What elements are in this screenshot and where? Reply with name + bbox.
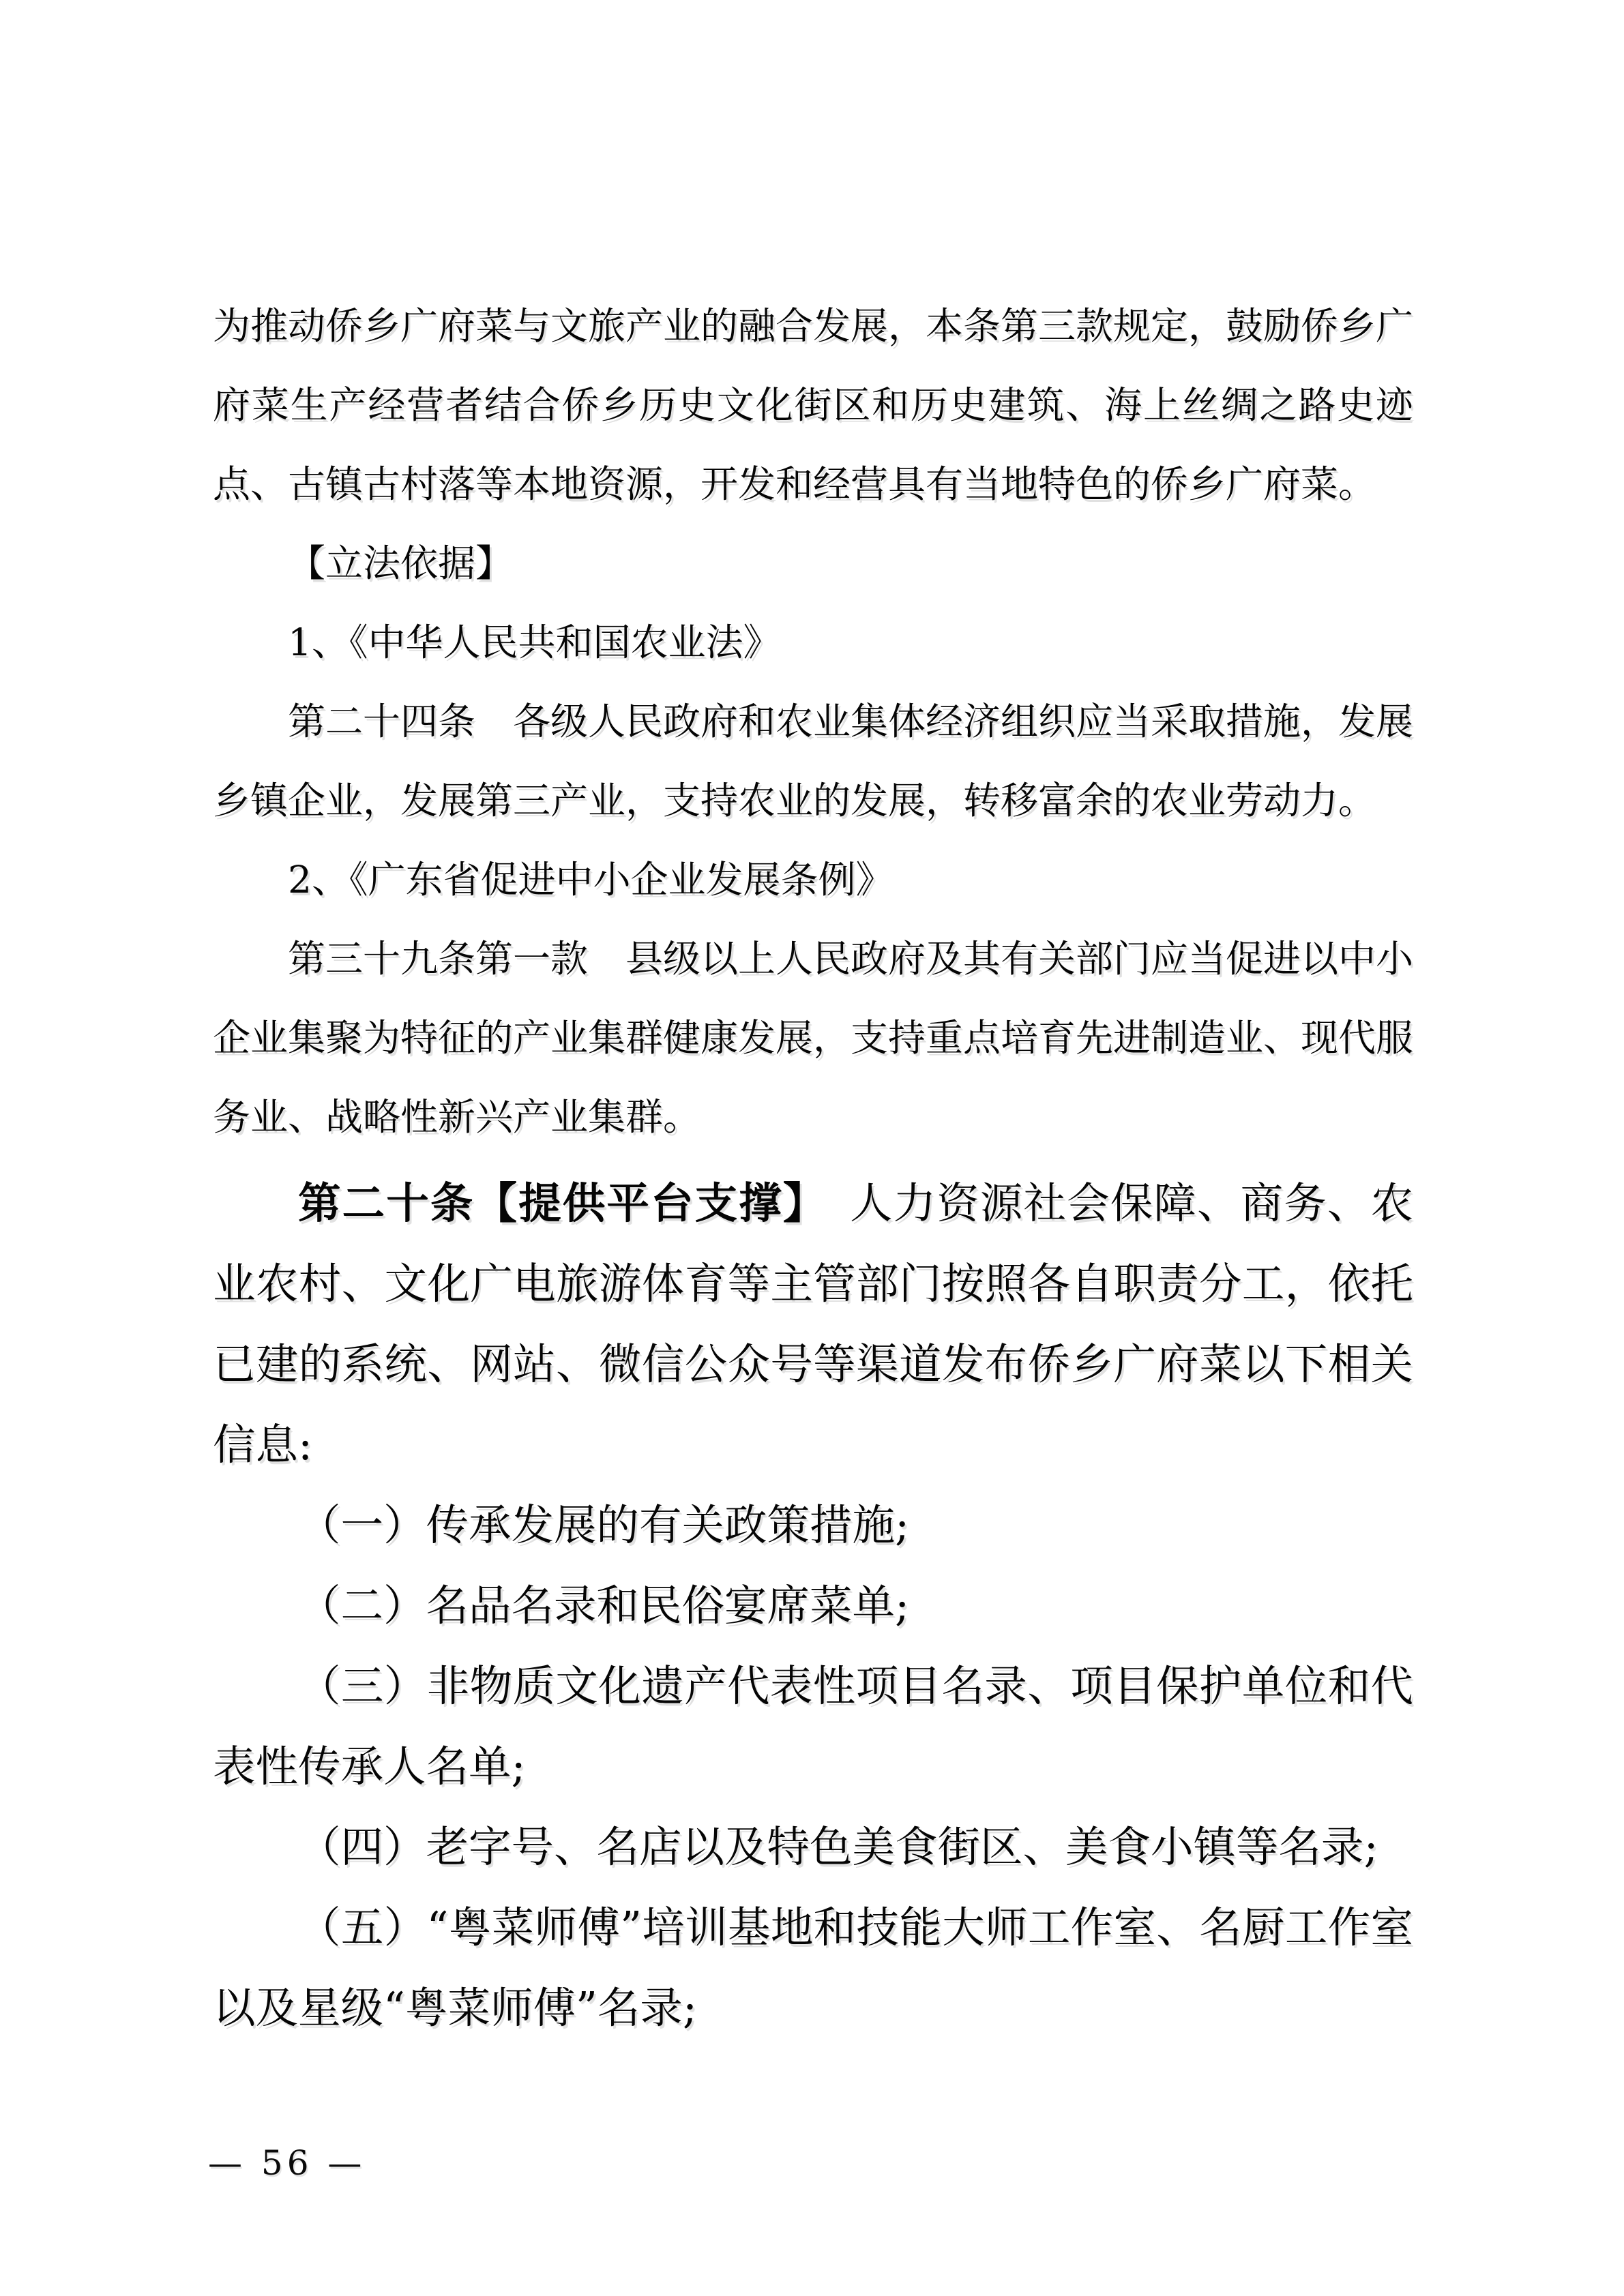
basis-item-2-clause: 第三十九条第一款 县级以上人民政府及其有关部门应当促进以中小企业集聚为特征的产业… xyxy=(213,919,1413,1157)
article-item-1: （一）传承发展的有关政策措施; xyxy=(213,1485,1413,1566)
article-heading-paragraph: 第二十条【提供平台支撑】 人力资源社会保障、商务、农业农村、文化广电旅游体育等主… xyxy=(213,1163,1413,1485)
basis-item-2-title: 2、《广东省促进中小企业发展条例》 xyxy=(213,840,1413,919)
article-item-4: （四）老字号、名店以及特色美食街区、美食小镇等名录; xyxy=(213,1807,1413,1888)
commentary-paragraph-continuation: 为推动侨乡广府菜与文旅产业的融合发展，本条第三款规定，鼓励侨乡广府菜生产经营者结… xyxy=(213,286,1413,524)
legislative-basis-heading: 【立法依据】 xyxy=(213,524,1413,603)
document-page: 为推动侨乡广府菜与文旅产业的融合发展，本条第三款规定，鼓励侨乡广府菜生产经营者结… xyxy=(0,0,1624,2296)
article-item-5: （五）“粤菜师傅”培训基地和技能大师工作室、名厨工作室以及星级“粤菜师傅”名录; xyxy=(213,1888,1413,2048)
basis-item-1-clause: 第二十四条 各级人民政府和农业集体经济组织应当采取措施，发展乡镇企业，发展第三产… xyxy=(213,682,1413,840)
commentary-section: 为推动侨乡广府菜与文旅产业的融合发展，本条第三款规定，鼓励侨乡广府菜生产经营者结… xyxy=(213,286,1413,1157)
article-item-3: （三）非物质文化遗产代表性项目名录、项目保护单位和代表性传承人名单; xyxy=(213,1646,1413,1807)
page-number: — 56 — xyxy=(208,2136,366,2190)
basis-item-1-title: 1、《中华人民共和国农业法》 xyxy=(213,603,1413,682)
article-number-label: 第二十条【提供平台支撑】 xyxy=(298,1178,850,1228)
article-section: 第二十条【提供平台支撑】 人力资源社会保障、商务、农业农村、文化广电旅游体育等主… xyxy=(213,1163,1413,2048)
article-item-2: （二）名品名录和民俗宴席菜单; xyxy=(213,1566,1413,1646)
